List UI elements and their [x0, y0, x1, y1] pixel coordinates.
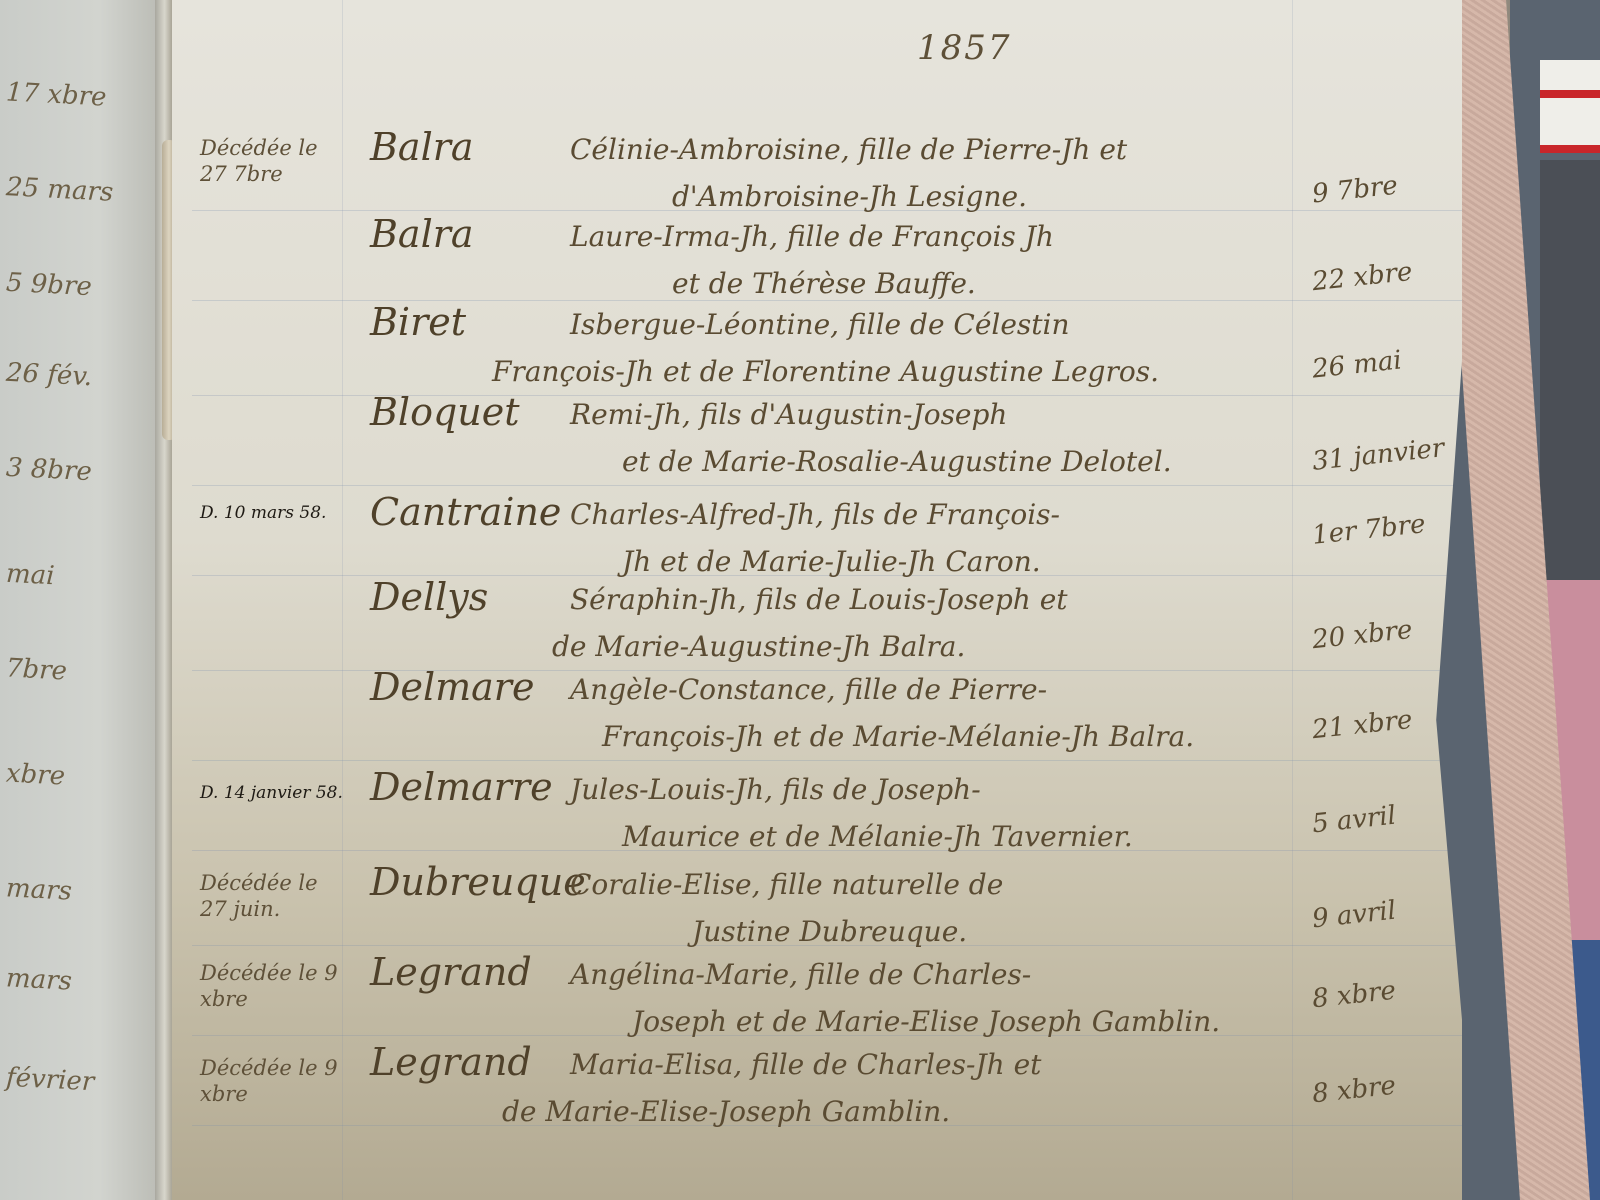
entry-surname: Balra — [370, 125, 474, 169]
entry-given-names-parents: Laure-Irma-Jh, fille de François Jh — [570, 220, 1054, 253]
entry-date: 9 7bre — [1311, 171, 1399, 210]
margin-note: D. 14 janvier 58. — [200, 780, 350, 806]
entry-continuation: d'Ambroisine-Jh Lesigne. — [672, 180, 1027, 213]
left-page-date: 26 fév. — [5, 358, 93, 392]
left-page-date: 25 mars — [5, 172, 114, 208]
margin-note: Décédée le 27 7bre — [200, 135, 350, 187]
entry-given-names-parents: Maria-Elisa, fille de Charles-Jh et — [570, 1048, 1041, 1081]
left-page-date: février — [5, 1063, 95, 1098]
left-page-date: 17 xbre — [5, 77, 107, 112]
entry-date: 8 xbre — [1311, 1071, 1398, 1110]
entry-surname: Dellys — [370, 575, 488, 619]
entry-surname: Dubreuque — [370, 860, 586, 904]
entry-date: 9 avril — [1311, 896, 1398, 935]
entry-surname: Legrand — [370, 950, 532, 994]
entry-surname: Cantraine — [370, 490, 561, 534]
register-page: 1857 Décédée le 27 7bre Balra Célinie-Am… — [172, 0, 1462, 1200]
left-page-date: mai — [5, 559, 55, 591]
entry-date: 8 xbre — [1311, 976, 1398, 1015]
entry-given-names-parents: Angèle-Constance, fille de Pierre- — [570, 673, 1047, 706]
entry-date: 26 mai — [1311, 345, 1403, 384]
entry-given-names-parents: Jules-Louis-Jh, fils de Joseph- — [570, 773, 981, 806]
margin-note: D. 10 mars 58. — [200, 500, 350, 526]
entry-date: 22 xbre — [1311, 257, 1414, 297]
entry-surname: Biret — [370, 300, 466, 344]
entry-surname: Legrand — [370, 1040, 532, 1084]
entry-continuation: François-Jh et de Florentine Augustine L… — [492, 355, 1159, 388]
entry-continuation: et de Thérèse Bauffe. — [672, 267, 976, 300]
entry-date: 5 avril — [1311, 801, 1398, 840]
entry-given-names-parents: Coralie-Elise, fille naturelle de — [570, 868, 1003, 901]
entry-continuation: Maurice et de Mélanie-Jh Tavernier. — [622, 820, 1133, 853]
entry-surname: Bloquet — [370, 390, 520, 434]
entry-continuation: Jh et de Marie-Julie-Jh Caron. — [622, 545, 1041, 578]
left-page-date: 3 8bre — [5, 453, 92, 487]
entry-date: 20 xbre — [1311, 615, 1414, 655]
year-heading: 1857 — [917, 28, 1012, 68]
entry-surname: Delmare — [370, 665, 534, 709]
left-page-date: 7bre — [5, 653, 68, 686]
margin-note: Décédée le 27 juin. — [200, 870, 350, 922]
left-page-date: xbre — [5, 758, 66, 791]
margin-note: Décédée le 9 xbre — [200, 1055, 350, 1107]
left-page-date: mars — [5, 963, 72, 996]
striped-ribbon — [1540, 60, 1600, 150]
entry-continuation: François-Jh et de Marie-Mélanie-Jh Balra… — [602, 720, 1194, 753]
entry-given-names-parents: Remi-Jh, fils d'Augustin-Joseph — [570, 398, 1007, 431]
entry-continuation: Justine Dubreuque. — [692, 915, 967, 948]
entry-given-names-parents: Angélina-Marie, fille de Charles- — [570, 958, 1031, 991]
entry-date: 1er 7bre — [1311, 509, 1427, 551]
entry-continuation: de Marie-Elise-Joseph Gamblin. — [502, 1095, 950, 1128]
entry-continuation: de Marie-Augustine-Jh Balra. — [552, 630, 965, 663]
entry-surname: Balra — [370, 212, 474, 256]
entry-continuation: et de Marie-Rosalie-Augustine Delotel. — [622, 445, 1172, 478]
entry-given-names-parents: Isbergue-Léontine, fille de Célestin — [570, 308, 1070, 341]
entry-given-names-parents: Célinie-Ambroisine, fille de Pierre-Jh e… — [570, 133, 1127, 166]
entry-given-names-parents: Charles-Alfred-Jh, fils de François- — [570, 498, 1060, 531]
entry-date: 31 janvier — [1311, 433, 1446, 477]
left-page-date: 5 9bre — [5, 268, 92, 302]
left-page-date: mars — [5, 873, 72, 906]
margin-note: Décédée le 9 xbre — [200, 960, 350, 1012]
entry-date: 21 xbre — [1311, 705, 1414, 745]
entry-given-names-parents: Séraphin-Jh, fils de Louis-Joseph et — [570, 583, 1068, 616]
entry-surname: Delmarre — [370, 765, 553, 809]
entry-continuation: Joseph et de Marie-Elise Joseph Gamblin. — [632, 1005, 1220, 1038]
previous-page: 17 xbre 25 mars 5 9bre 26 fév. 3 8bre ma… — [0, 0, 165, 1200]
